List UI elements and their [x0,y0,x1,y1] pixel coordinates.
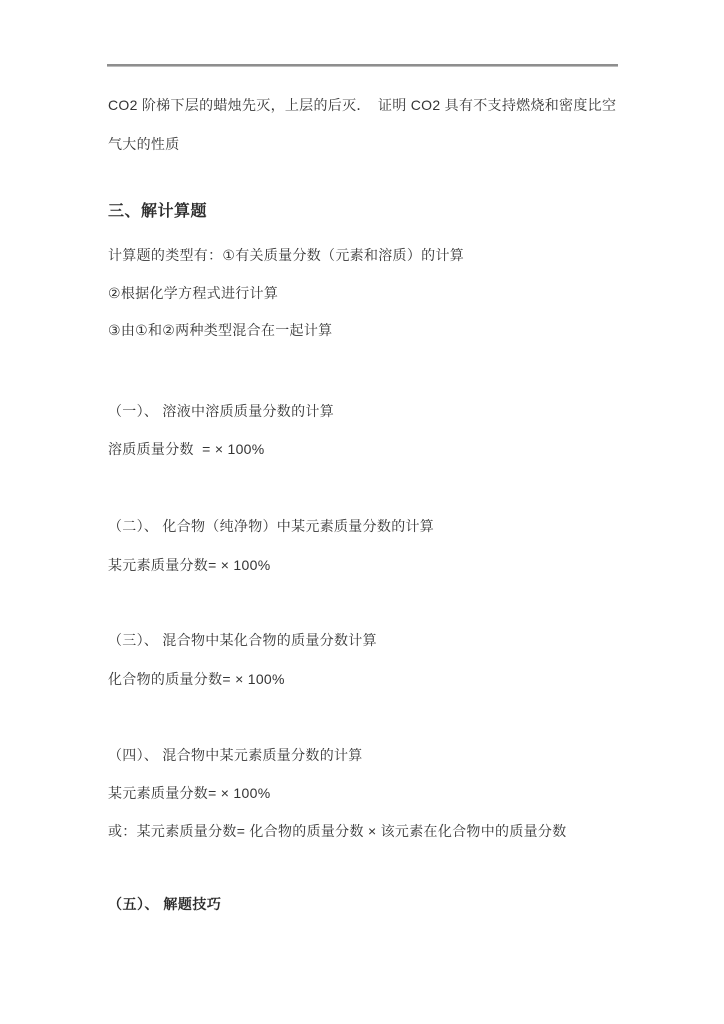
subsection-2-formula: 某元素质量分数= × 100% [108,555,270,575]
subsection-2-title: （二）、 化合物（纯净物）中某元素质量分数的计算 [108,516,434,536]
calc-types-intro: 计算题的类型有：①有关质量分数（元素和溶质）的计算 [108,245,464,265]
subsection-3-title: （三）、 混合物中某化合物的质量分数计算 [108,630,377,650]
calc-type-2: ②根据化学方程式进行计算 [108,283,278,303]
subsection-4-title: （四）、 混合物中某元素质量分数的计算 [108,745,363,765]
subsection-4-formula-alt: 或：某元素质量分数= 化合物的质量分数 × 该元素在化合物中的质量分数 [108,821,567,841]
subsection-3-formula: 化合物的质量分数= × 100% [108,669,285,689]
document-page: CO2 阶梯下层的蜡烛先灭，上层的后灭． 证明 CO2 具有不支持燃烧和密度比空… [0,0,724,1024]
subsection-1-title: （一）、 溶液中溶质质量分数的计算 [108,401,334,421]
section-three-heading: 三、解计算题 [108,202,207,222]
co2-property-paragraph: CO2 阶梯下层的蜡烛先灭，上层的后灭． 证明 CO2 具有不支持燃烧和密度比空… [108,86,624,164]
subsection-4-formula: 某元素质量分数= × 100% [108,783,270,803]
subsection-1-formula: 溶质质量分数 = × 100% [108,439,265,459]
calc-type-3: ③由①和②两种类型混合在一起计算 [108,320,332,340]
subsection-5-title: （五）、 解题技巧 [108,894,221,914]
header-divider-rule [107,64,618,67]
